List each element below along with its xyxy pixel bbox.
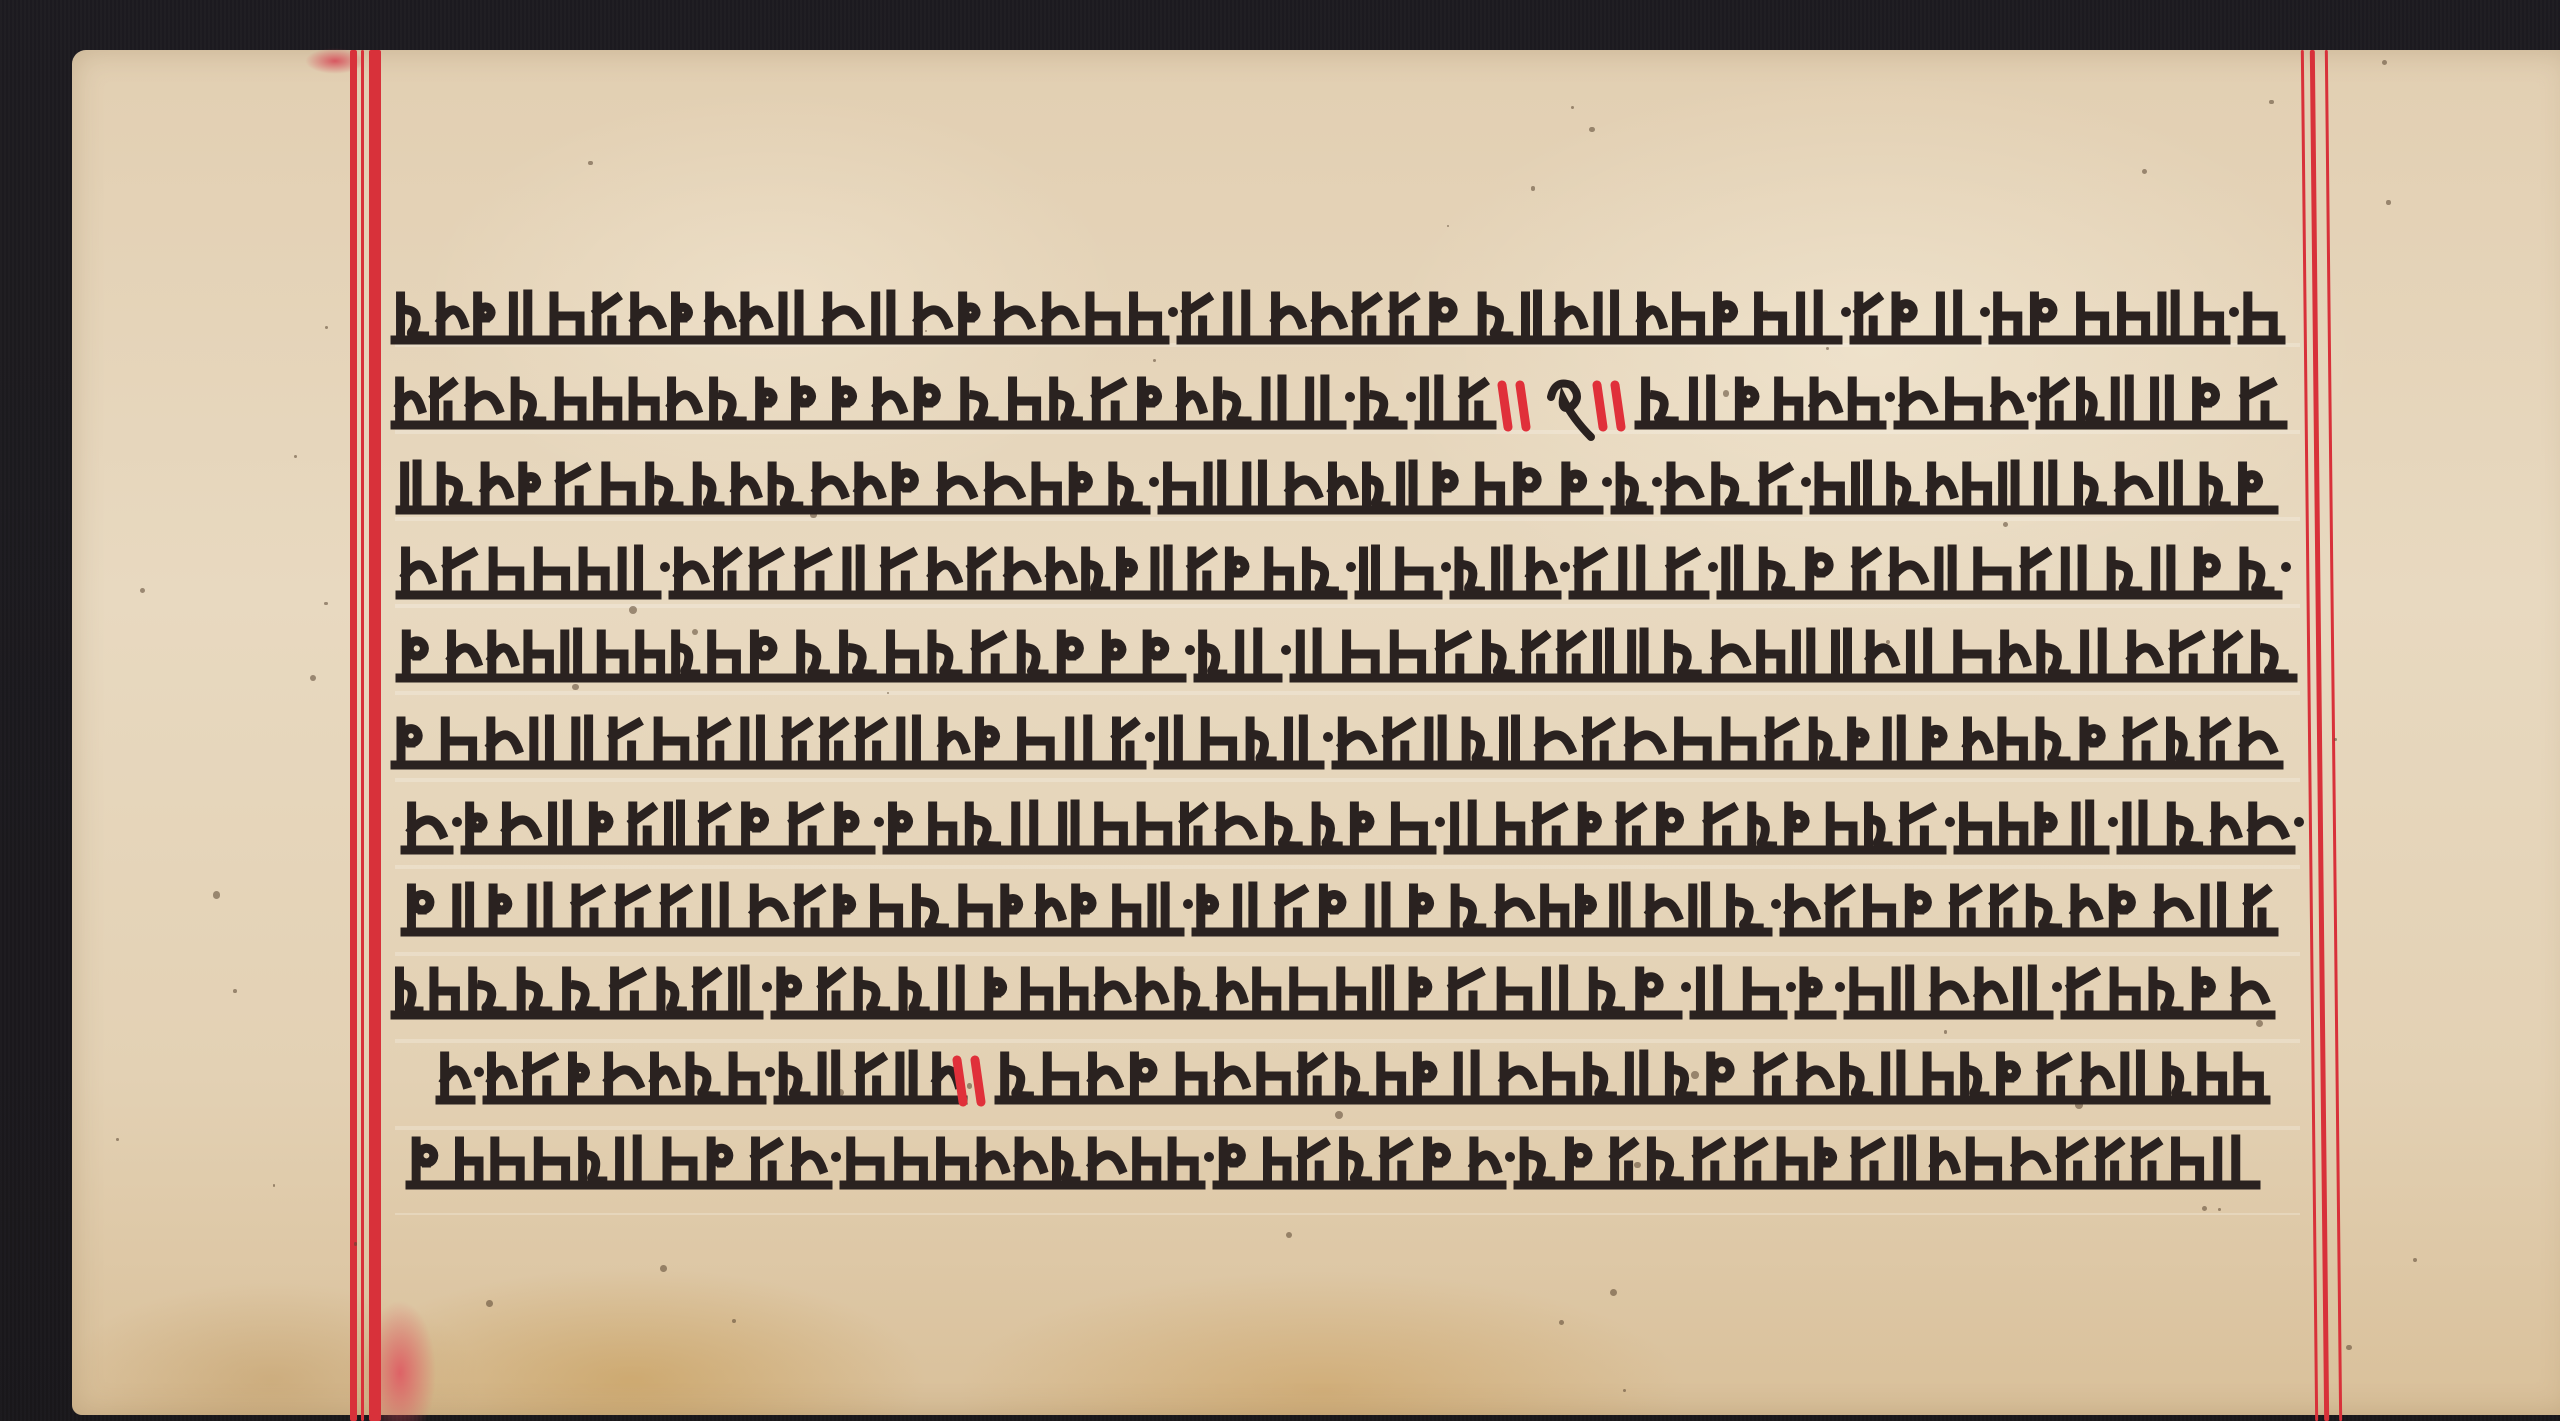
script-glyphs — [405, 874, 2295, 964]
script-glyphs — [395, 707, 2300, 797]
manuscript-line: [Newar script line 5] — [400, 620, 2300, 692]
script-glyphs — [395, 367, 2300, 457]
script-glyphs — [395, 282, 2300, 372]
red-double-danda — [957, 1060, 981, 1102]
red-double-danda — [1597, 385, 1621, 427]
script-glyphs — [440, 1042, 2290, 1132]
script-glyphs — [400, 452, 2300, 542]
manuscript-line: [Newar script line 9] — [395, 957, 2290, 1029]
numeral-one-glyph — [1551, 384, 1591, 438]
manuscript-line: [Newar script line 11] — [410, 1127, 2285, 1199]
manuscript-line: [Newar script line 10] ॥ — [440, 1042, 2290, 1114]
left-margin-rules — [350, 50, 386, 1421]
manuscript-line: [Newar script line 8] — [405, 874, 2295, 946]
red-double-danda — [1502, 385, 1526, 427]
script-glyphs — [395, 957, 2290, 1047]
manuscript-line: [Newar script line 7] — [405, 792, 2295, 864]
script-glyphs — [400, 620, 2300, 710]
script-glyphs — [400, 537, 2300, 627]
manuscript-line: [Newar script line 4] — [400, 537, 2300, 609]
manuscript-line: [Newar script line 3] — [400, 452, 2300, 524]
manuscript-line: [Newar script line 1] — [395, 282, 2300, 354]
manuscript-line: [Newar script line 2] ॥ १ ॥ — [395, 367, 2300, 439]
script-glyphs — [405, 792, 2295, 882]
script-glyphs — [410, 1127, 2285, 1217]
manuscript-line: [Newar script line 6] — [395, 707, 2300, 779]
